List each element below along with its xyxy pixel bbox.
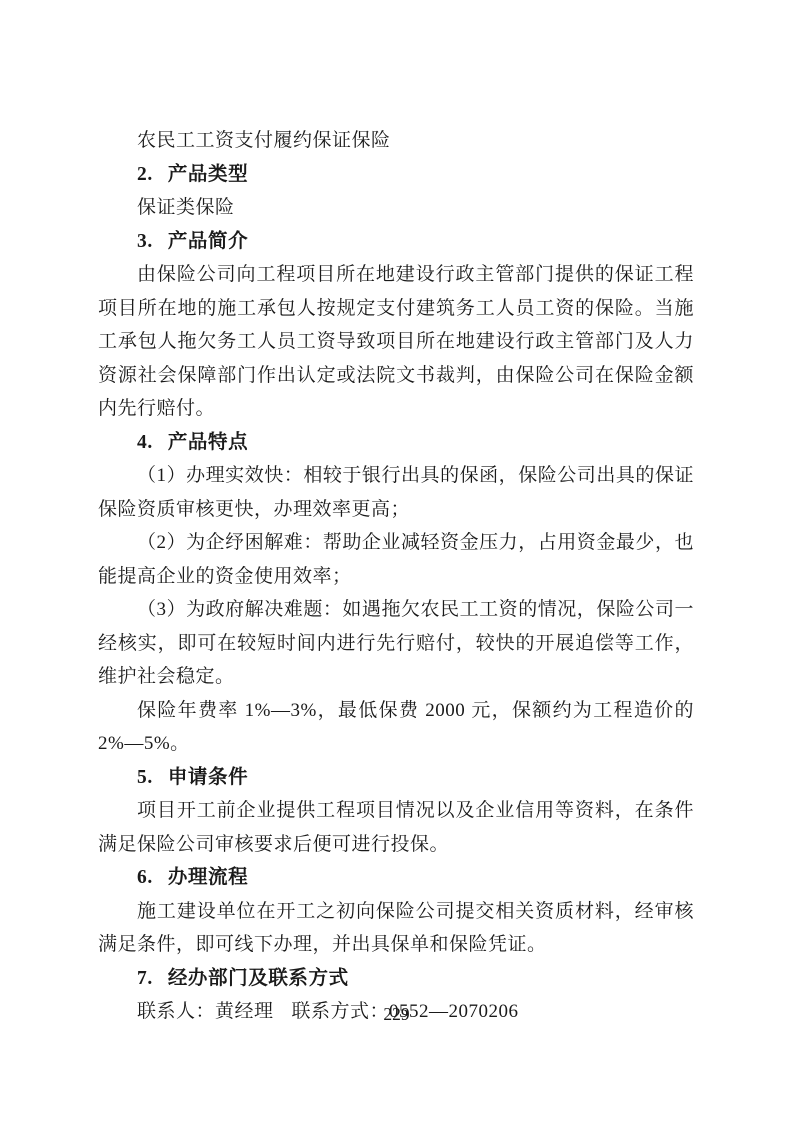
paragraph: （2）为企纾困解难：帮助企业减轻资金压力，占用资金最少，也能提高企业的资金使用效… xyxy=(98,526,694,593)
paragraph: （3）为政府解决难题：如遇拖欠农民工工资的情况，保险公司一经核实，即可在较短时间… xyxy=(98,593,694,694)
paragraph: （1）办理实效快：相较于银行出具的保函，保险公司出具的保证保险资质审核更快，办理… xyxy=(98,459,694,526)
section-title: 产品特点 xyxy=(168,431,248,453)
section-number: 4. xyxy=(137,432,153,453)
section-number: 2. xyxy=(137,164,153,185)
section-heading: 2.产品类型 xyxy=(98,158,694,192)
section-title: 申请条件 xyxy=(168,766,248,788)
section-number: 6. xyxy=(137,867,153,888)
paragraph: 保证类保险 xyxy=(98,191,694,225)
paragraph: 由保险公司向工程项目所在地建设行政主管部门提供的保证工程项目所在地的施工承包人按… xyxy=(98,258,694,426)
section-title: 办理流程 xyxy=(168,866,248,888)
page-number: 229 xyxy=(0,1003,793,1025)
document-page: 农民工工资支付履约保证保险2.产品类型保证类保险3.产品简介由保险公司向工程项目… xyxy=(0,0,793,1122)
paragraph: 农民工工资支付履约保证保险 xyxy=(98,124,694,158)
section-heading: 5.申请条件 xyxy=(98,761,694,795)
section-heading: 4.产品特点 xyxy=(98,426,694,460)
section-number: 3. xyxy=(137,231,153,252)
section-heading: 3.产品简介 xyxy=(98,225,694,259)
document-body: 农民工工资支付履约保证保险2.产品类型保证类保险3.产品简介由保险公司向工程项目… xyxy=(98,124,694,1029)
section-heading: 7.经办部门及联系方式 xyxy=(98,962,694,996)
section-number: 7. xyxy=(137,968,153,989)
paragraph: 保险年费率 1%—3%，最低保费 2000 元，保额约为工程造价的 2%—5%。 xyxy=(98,694,694,761)
paragraph: 项目开工前企业提供工程项目情况以及企业信用等资料，在条件满足保险公司审核要求后便… xyxy=(98,794,694,861)
section-title: 经办部门及联系方式 xyxy=(168,967,349,989)
section-number: 5. xyxy=(137,767,153,788)
section-title: 产品类型 xyxy=(168,163,248,185)
section-heading: 6.办理流程 xyxy=(98,861,694,895)
paragraph: 施工建设单位在开工之初向保险公司提交相关资质材料，经审核满足条件，即可线下办理，… xyxy=(98,895,694,962)
section-title: 产品简介 xyxy=(168,230,248,252)
